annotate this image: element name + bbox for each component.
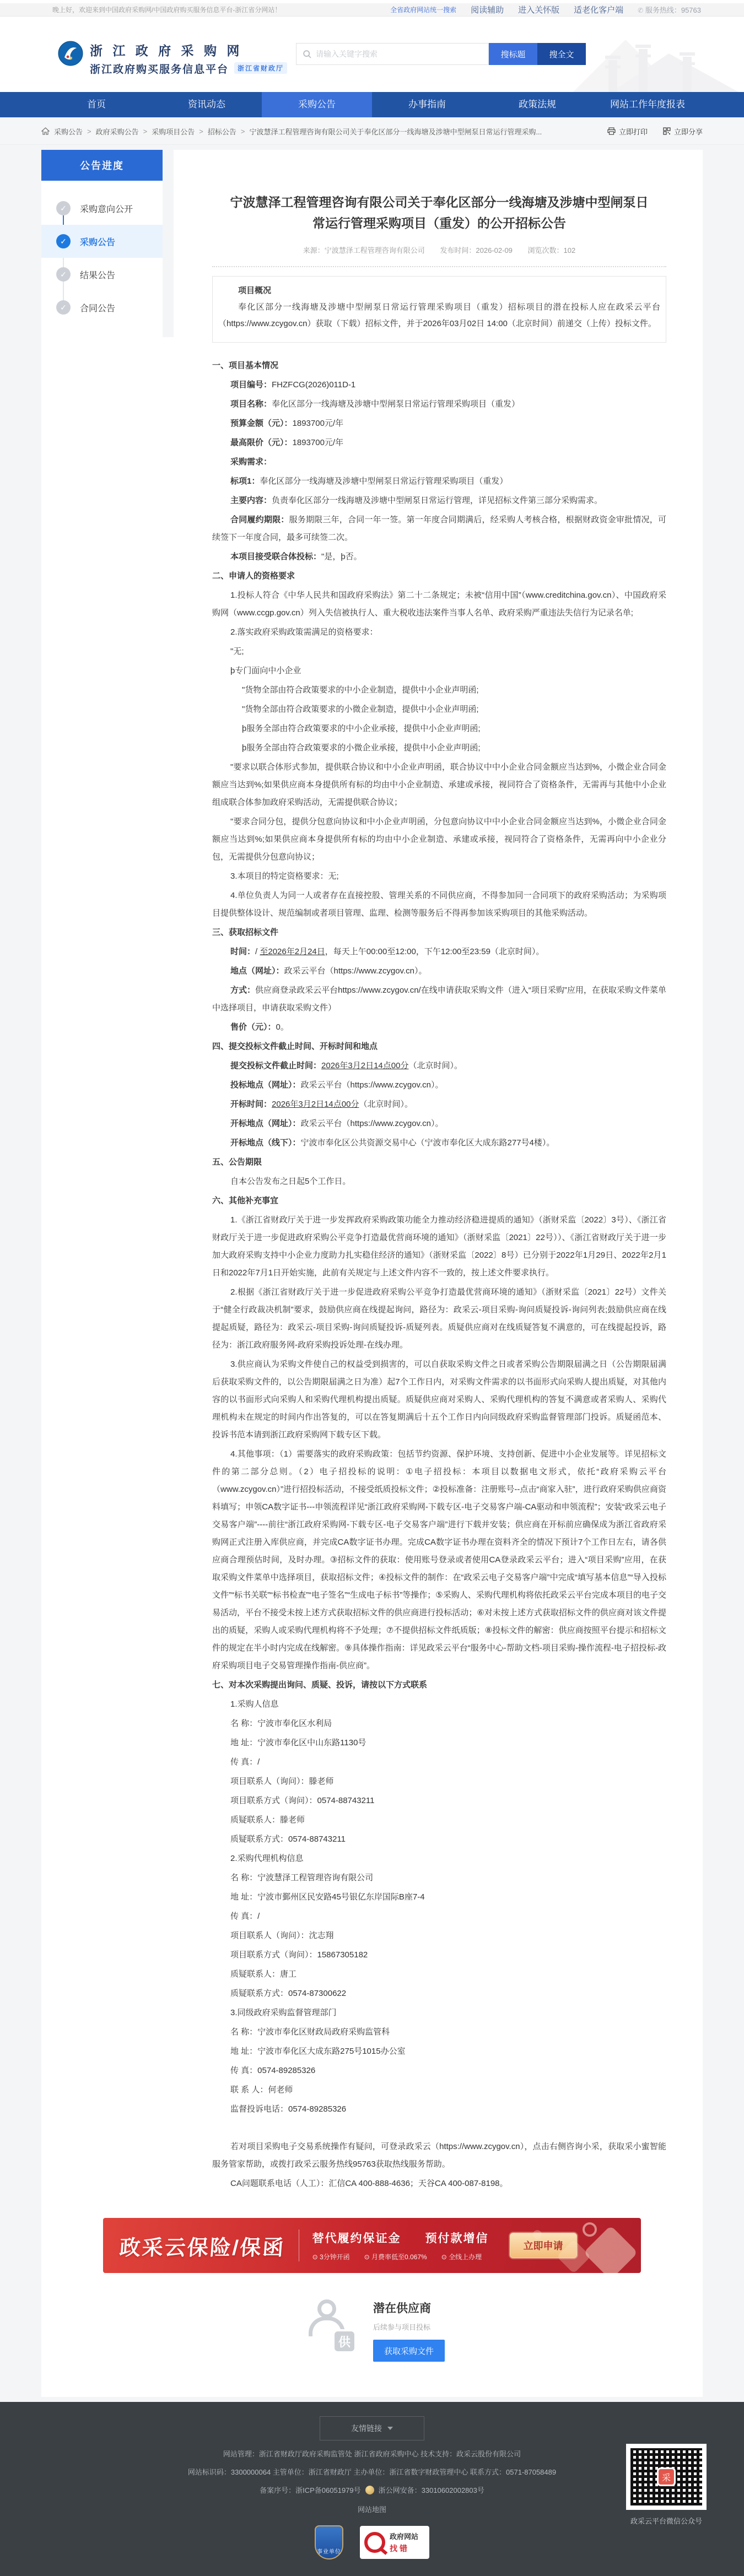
police-badge-icon: [365, 2486, 374, 2494]
search-area: 搜标题 搜全文: [296, 43, 586, 65]
section-heading: 五、公告期限: [212, 1154, 666, 1171]
paragraph: 提交投标文件截止时间：2026年3月2日14点00分（北京时间）。: [212, 1057, 666, 1075]
section-heading: 三、获取招标文件: [212, 924, 666, 941]
paragraph: 联 系 人：何老师: [212, 2081, 666, 2099]
paragraph: 投标地点（网址）：政采云平台（https://www.zcygov.cn）。: [212, 1076, 666, 1094]
search-input[interactable]: [316, 50, 481, 58]
progress-steps-wrap: ✓采购意向公开✓采购公告✓结果公告✓合同公告: [41, 181, 163, 324]
breadcrumb-separator: >: [241, 127, 245, 136]
paragraph: 合同履约期限：服务期限三年，合同一年一签。第一年度合同期满后，经采购人考核合格，…: [212, 511, 666, 546]
paragraph: 质疑联系人：滕老师: [212, 1811, 666, 1829]
site-logo: [58, 41, 83, 66]
page-title: 宁波慧泽工程管理咨询有限公司关于奉化区部分一线海塘及涉塘中型闸泵日常运行管理采购…: [229, 192, 650, 234]
site-title: 浙 江 政 府 采 购 网: [90, 41, 287, 59]
nav: 首页资讯动态采购公告办事指南政策法规网站工作年度报表: [41, 92, 703, 117]
paragraph: 3.供应商认为采购文件使自己的权益受到损害的，可以自获取采购文件之日或者采购公告…: [212, 1356, 666, 1444]
check-icon: ✓: [56, 201, 71, 215]
progress-title: 公告进度: [41, 150, 163, 181]
wechat-qr-block: 采 政采云平台微信公众号: [626, 2444, 707, 2526]
step-label: 采购意向公开: [80, 202, 133, 215]
paragraph: 开标时间：2026年3月2日14点00分（北京时间）。: [212, 1096, 666, 1113]
finance-dept-badge: 浙江省财政厅: [234, 62, 287, 74]
breadcrumb-link[interactable]: 采购项目公告: [152, 126, 195, 137]
breadcrumb-separator: >: [87, 127, 91, 136]
banner-divider: [299, 2229, 299, 2261]
nav-item-1[interactable]: 资讯动态: [152, 92, 262, 117]
paragraph: 项目编号：FHZFCG(2026)011D-1: [212, 376, 666, 394]
section-heading: 七、对本次采购提出询问、质疑、投诉，请按以下方式联系: [212, 1676, 666, 1694]
article: 宁波慧泽工程管理咨询有限公司关于奉化区部分一线海塘及涉塘中型闸泵日常运行管理采购…: [174, 150, 703, 2193]
paragraph: 2.根据《浙江省财政厅关于进一步促进政府采购公平竞争打造最优营商环境的通知》（浙…: [212, 1284, 666, 1354]
progress-sidebar: 公告进度 ✓采购意向公开✓采购公告✓结果公告✓合同公告: [41, 150, 163, 337]
project-overview-box: 项目概况 奉化区部分一线海塘及涉塘中型闸泵日常运行管理采购项目（重发）招标项目的…: [212, 276, 666, 343]
section-heading: 六、其他补充事宜: [212, 1192, 666, 1210]
icp-number[interactable]: 备案序号：浙ICP备06051979号: [260, 2485, 361, 2495]
chevron-down-icon: [387, 2427, 393, 2430]
step-label: 结果公告: [80, 268, 115, 281]
gongan-number[interactable]: 浙公网安备：33010602002803号: [379, 2485, 484, 2495]
paragraph: "货物全部由符合政策要求的小微企业制造，提供中小企业声明函;: [212, 701, 666, 718]
paragraph: þ服务全部由符合政策要求的中小企业承接，提供中小企业声明函;: [212, 720, 666, 738]
paragraph: 1.《浙江省财政厅关于进一步发挥政府采购政策功能全力推动经济稳进提质的通知》（浙…: [212, 1211, 666, 1282]
unified-search-link[interactable]: 全省政府网站统一搜索: [390, 5, 456, 14]
paragraph: CA问题联系电话（人工）：汇信CA 400-888-4636；天谷CA 400-…: [212, 2175, 666, 2193]
section-heading: 一、项目基本情况: [212, 357, 666, 375]
sidebar-gap: [163, 150, 174, 337]
paragraph: 1.投标人符合《中华人民共和国政府采购法》第二十二条规定；未被“信用中国”（ww…: [212, 587, 666, 622]
paragraph: "要求以联合体形式参加，提供联合协议和中小企业声明函，联合协议中中小企业合同金额…: [212, 759, 666, 811]
breadcrumb-link[interactable]: 采购公告: [54, 126, 83, 137]
paragraph: "货物全部由符合政策要求的中小企业制造，提供中小企业声明函;: [212, 681, 666, 699]
nav-item-0[interactable]: 首页: [41, 92, 152, 117]
banner-benefit-1: 替代履约保证金: [312, 2229, 401, 2246]
dotted-divider: [212, 266, 666, 267]
elder-client-link[interactable]: 适老化客户端: [574, 4, 623, 15]
progress-steps: ✓采购意向公开✓采购公告✓结果公告✓合同公告: [41, 192, 163, 324]
breadcrumb-separator: >: [143, 127, 148, 136]
paragraph: 最高限价（元）：1893700元/年: [212, 434, 666, 452]
qr-center-logo: 采: [657, 2467, 676, 2486]
article-meta: 来源：宁波慧泽工程管理咨询有限公司 发布时间：2026-02-09 浏览次数：1…: [212, 245, 666, 255]
banner-features: ⊙ 3分钟开函⊙ 月费率低至0.067%⊙ 全线上办理: [312, 2252, 489, 2261]
paragraph: 3.同级政府采购监督管理部门: [212, 2004, 666, 2022]
step-label: 合同公告: [80, 301, 115, 314]
header: 浙 江 政 府 采 购 网 浙江政府购买服务信息平台浙江省财政厅 搜标题 搜全文: [0, 17, 744, 92]
search-fulltext-button[interactable]: 搜全文: [537, 43, 586, 65]
paragraph: 名 称：宁波市奉化区水利局: [212, 1715, 666, 1733]
banner-feature: ⊙ 月费率低至0.067%: [364, 2252, 427, 2261]
paragraph: 4.其他事项：（1）需要落实的政府采购政策：包括节约资源、保护环境、支持创新、促…: [212, 1446, 666, 1675]
paragraph: 质疑联系方式：0574-87300622: [212, 1985, 666, 2003]
paragraph: þ服务全部由符合政策要求的小微企业承接，提供中小企业声明函;: [212, 739, 666, 757]
paragraph: 质疑联系方式：0574-88743211: [212, 1831, 666, 1848]
paragraph: 开标地点（网址）：政采云平台（https://www.zcygov.cn）。: [212, 1115, 666, 1133]
progress-step-3[interactable]: ✓合同公告: [41, 291, 163, 324]
gov-site-error-report-badge[interactable]: 政府网站 找错: [360, 2526, 429, 2559]
paragraph: 地 址：宁波市奉化区中山东路1130号: [212, 1734, 666, 1752]
paragraph: 开标地点（线下）：宁波市奉化区公共资源交易中心（宁波市奉化区大成东路277号4楼…: [212, 1134, 666, 1152]
supplier-title: 潜在供应商: [373, 2299, 445, 2316]
paragraph: 监督投诉电话：0574-89285326: [212, 2101, 666, 2118]
paragraph: [212, 2120, 666, 2136]
public-institution-badge[interactable]: 事业单位: [315, 2525, 343, 2559]
main-nav: 首页资讯动态采购公告办事指南政策法规网站工作年度报表: [0, 92, 744, 117]
paragraph: 地 址：宁波市奉化区大成东路275号1015办公室: [212, 2043, 666, 2060]
footer-badges: 事业单位 政府网站 找错: [0, 2525, 744, 2559]
qr-code: 采: [626, 2444, 707, 2510]
paragraph: 若对项目采购电子交易系统操作有疑问，可登录政采云（https://www.zcy…: [212, 2138, 666, 2173]
home-icon[interactable]: [41, 127, 50, 135]
check-icon: ✓: [56, 300, 71, 315]
paragraph: 主要内容：负责奉化区部分一线海塘及涉塘中型闸泵日常运行管理，详见招标文件第三部分…: [212, 492, 666, 510]
banner-benefit-2: 预付款增信: [425, 2229, 489, 2246]
main-container: 公告进度 ✓采购意向公开✓采购公告✓结果公告✓合同公告 宁波慧泽工程管理咨询有限…: [41, 150, 703, 2397]
qr-share-icon: [663, 127, 671, 135]
greeting-text: 晚上好，欢迎来到中国政府采购网/中国政府购买服务信息平台-浙江省分网站！: [52, 5, 281, 14]
topbar: 晚上好，欢迎来到中国政府采购网/中国政府购买服务信息平台-浙江省分网站！ 全省政…: [0, 3, 744, 17]
breadcrumb-bar: 采购公告>政府采购公告>采购项目公告>招标公告>宁波慧泽工程管理咨询有限公司关于…: [0, 117, 744, 145]
phone-icon: ✆: [638, 7, 643, 14]
paragraph: 项目名称：奉化区部分一线海塘及涉塘中型闸泵日常运行管理采购项目（重发）: [212, 396, 666, 413]
paragraph: 采购需求：: [212, 453, 666, 471]
reading-aid-link[interactable]: 阅读辅助: [471, 4, 504, 15]
site-subtitle: 浙江政府购买服务信息平台浙江省财政厅: [90, 61, 287, 76]
paragraph: 质疑联系人：唐工: [212, 1966, 666, 1983]
breadcrumb-current: 宁波慧泽工程管理咨询有限公司关于奉化区部分一线海塘及涉塘中型闸泵日常运行管理采购…: [249, 126, 542, 137]
paragraph: 名 称：宁波市奉化区财政局政府采购监管科: [212, 2023, 666, 2041]
paragraph: 地 址：宁波市鄞州区民安路45号银亿东岸国际B座7-4: [212, 1888, 666, 1906]
overview-text: 奉化区部分一线海塘及涉塘中型闸泵日常运行管理采购项目（重发）招标项目的潜在投标人…: [218, 299, 660, 332]
paragraph: 本项目接受联合体投标："是，þ否。: [212, 548, 666, 566]
progress-step-0[interactable]: ✓采购意向公开: [41, 192, 163, 225]
check-icon: ✓: [56, 267, 71, 282]
paragraph: þ专门面向中小企业: [212, 662, 666, 680]
paragraph: 传 真：/: [212, 1908, 666, 1925]
potential-supplier-section: 供 潜在供应商 后续参与项目投标 获取采购文件: [41, 2299, 703, 2362]
breadcrumb-trail: 采购公告>政府采购公告>采购项目公告>招标公告>宁波慧泽工程管理咨询有限公司关于…: [54, 126, 542, 137]
insurance-promo-banner[interactable]: 政采云保险/保函 替代履约保证金 预付款增信 ⊙ 3分钟开函⊙ 月费率低至0.0…: [103, 2218, 641, 2273]
paragraph: 2.落实政府采购政策需满足的资格要求：: [212, 624, 666, 641]
meta-view-count: 浏览次数：102: [528, 246, 576, 255]
banner-feature: ⊙ 全线上办理: [441, 2252, 482, 2261]
paragraph: 传 真：/: [212, 1754, 666, 1771]
paragraph: 项目联系方式（询问）：15867305182: [212, 1946, 666, 1964]
paragraph: "无;: [212, 643, 666, 661]
paragraph: 项目联系人（询问）：沈志翔: [212, 1927, 666, 1945]
breadcrumb-separator: >: [199, 127, 203, 136]
overview-heading: 项目概况: [218, 284, 660, 296]
section-heading: 二、申请人的资格要求: [212, 567, 666, 585]
paragraph: 1.采购人信息: [212, 1696, 666, 1713]
search-icon: [303, 50, 311, 58]
paragraph: "要求合同分包，提供分包意向协议和中小企业声明函，分包意向协议中中小企业合同金额…: [212, 813, 666, 866]
nav-item-3[interactable]: 办事指南: [372, 92, 482, 117]
nav-item-5[interactable]: 网站工作年度报表: [592, 92, 703, 117]
page: 晚上好，欢迎来到中国政府采购网/中国政府购买服务信息平台-浙江省分网站！ 全省政…: [0, 0, 744, 2576]
hotline: ✆ 服务热线：95763: [638, 4, 701, 15]
breadcrumb-link[interactable]: 政府采购公告: [96, 126, 139, 137]
meta-source: 来源：宁波慧泽工程管理咨询有限公司: [303, 246, 425, 255]
paragraph: 地点（网址）：政采云平台（https://www.zcygov.cn）。: [212, 962, 666, 980]
paragraph: 传 真：0574-89285326: [212, 2062, 666, 2080]
paragraph: 2.采购代理机构信息: [212, 1850, 666, 1868]
printer-icon: [607, 127, 616, 135]
share-button[interactable]: 立即分享: [663, 126, 703, 137]
paragraph: 标项1：奉化区部分一线海塘及涉塘中型闸泵日常运行管理采购项目（重发）: [212, 473, 666, 490]
supplier-icon: 供: [299, 2299, 354, 2352]
breadcrumb: 采购公告>政府采购公告>采购项目公告>招标公告>宁波慧泽工程管理咨询有限公司关于…: [41, 126, 542, 137]
paragraph: 预算金额（元）：1893700元/年: [212, 415, 666, 432]
print-button[interactable]: 立即打印: [607, 126, 648, 137]
banner-title: 政采云保险/保函: [118, 2231, 286, 2261]
progress-step-2[interactable]: ✓结果公告: [41, 258, 163, 291]
paragraph: 4.单位负责人为同一人或者存在直接控股、管理关系的不同供应商，不得参加同一合同项…: [212, 887, 666, 922]
care-version-link[interactable]: 进入关怀版: [518, 4, 559, 15]
search-title-button[interactable]: 搜标题: [489, 43, 537, 65]
paragraph: 名 称：宁波慧泽工程管理咨询有限公司: [212, 1869, 666, 1887]
banner-feature: ⊙ 3分钟开函: [312, 2252, 350, 2261]
qr-label: 政采云平台微信公众号: [626, 2515, 707, 2526]
meta-publish-time: 发布时间：2026-02-09: [440, 246, 513, 255]
friendly-links-select[interactable]: 友情链接: [320, 2416, 424, 2440]
paragraph: 方式：供应商登录政采云平台https://www.zcygov.cn/在线申请获…: [212, 982, 666, 1017]
nav-item-4[interactable]: 政策法规: [482, 92, 592, 117]
paragraph: 时间：/ 至2026年2月24日，每天上午00:00至12:00，下午12:00…: [212, 943, 666, 961]
mountain-watermark: [562, 28, 744, 92]
paragraph: 自本公告发布之日起5个工作日。: [212, 1173, 666, 1190]
paragraph: 3.本项目的特定资格要求：无;: [212, 868, 666, 885]
paragraph: 项目联系方式（询问）：0574-88743211: [212, 1792, 666, 1810]
supplier-subtitle: 后续参与项目投标: [373, 2321, 445, 2332]
step-label: 采购公告: [80, 235, 115, 248]
footer: 友情链接 网站管理：浙江省财政厅政府采购监管处 浙江省政府采购中心 技术支持：政…: [0, 2402, 744, 2576]
banner-decoration: [520, 2218, 641, 2273]
section-heading: 四、提交投标文件截止时间、开标时间和地点: [212, 1038, 666, 1056]
magnifier-logo-icon: [364, 2532, 385, 2553]
get-procurement-file-button[interactable]: 获取采购文件: [373, 2340, 445, 2362]
nav-item-2[interactable]: 采购公告: [262, 92, 372, 117]
article-body: 一、项目基本情况项目编号：FHZFCG(2026)011D-1项目名称：奉化区部…: [212, 357, 666, 2193]
paragraph: 项目联系人（询问）：滕老师: [212, 1773, 666, 1790]
progress-step-1[interactable]: ✓采购公告: [41, 225, 163, 258]
paragraph: 售价（元）：0。: [212, 1019, 666, 1036]
breadcrumb-link[interactable]: 招标公告: [208, 126, 236, 137]
check-icon: ✓: [56, 234, 71, 248]
